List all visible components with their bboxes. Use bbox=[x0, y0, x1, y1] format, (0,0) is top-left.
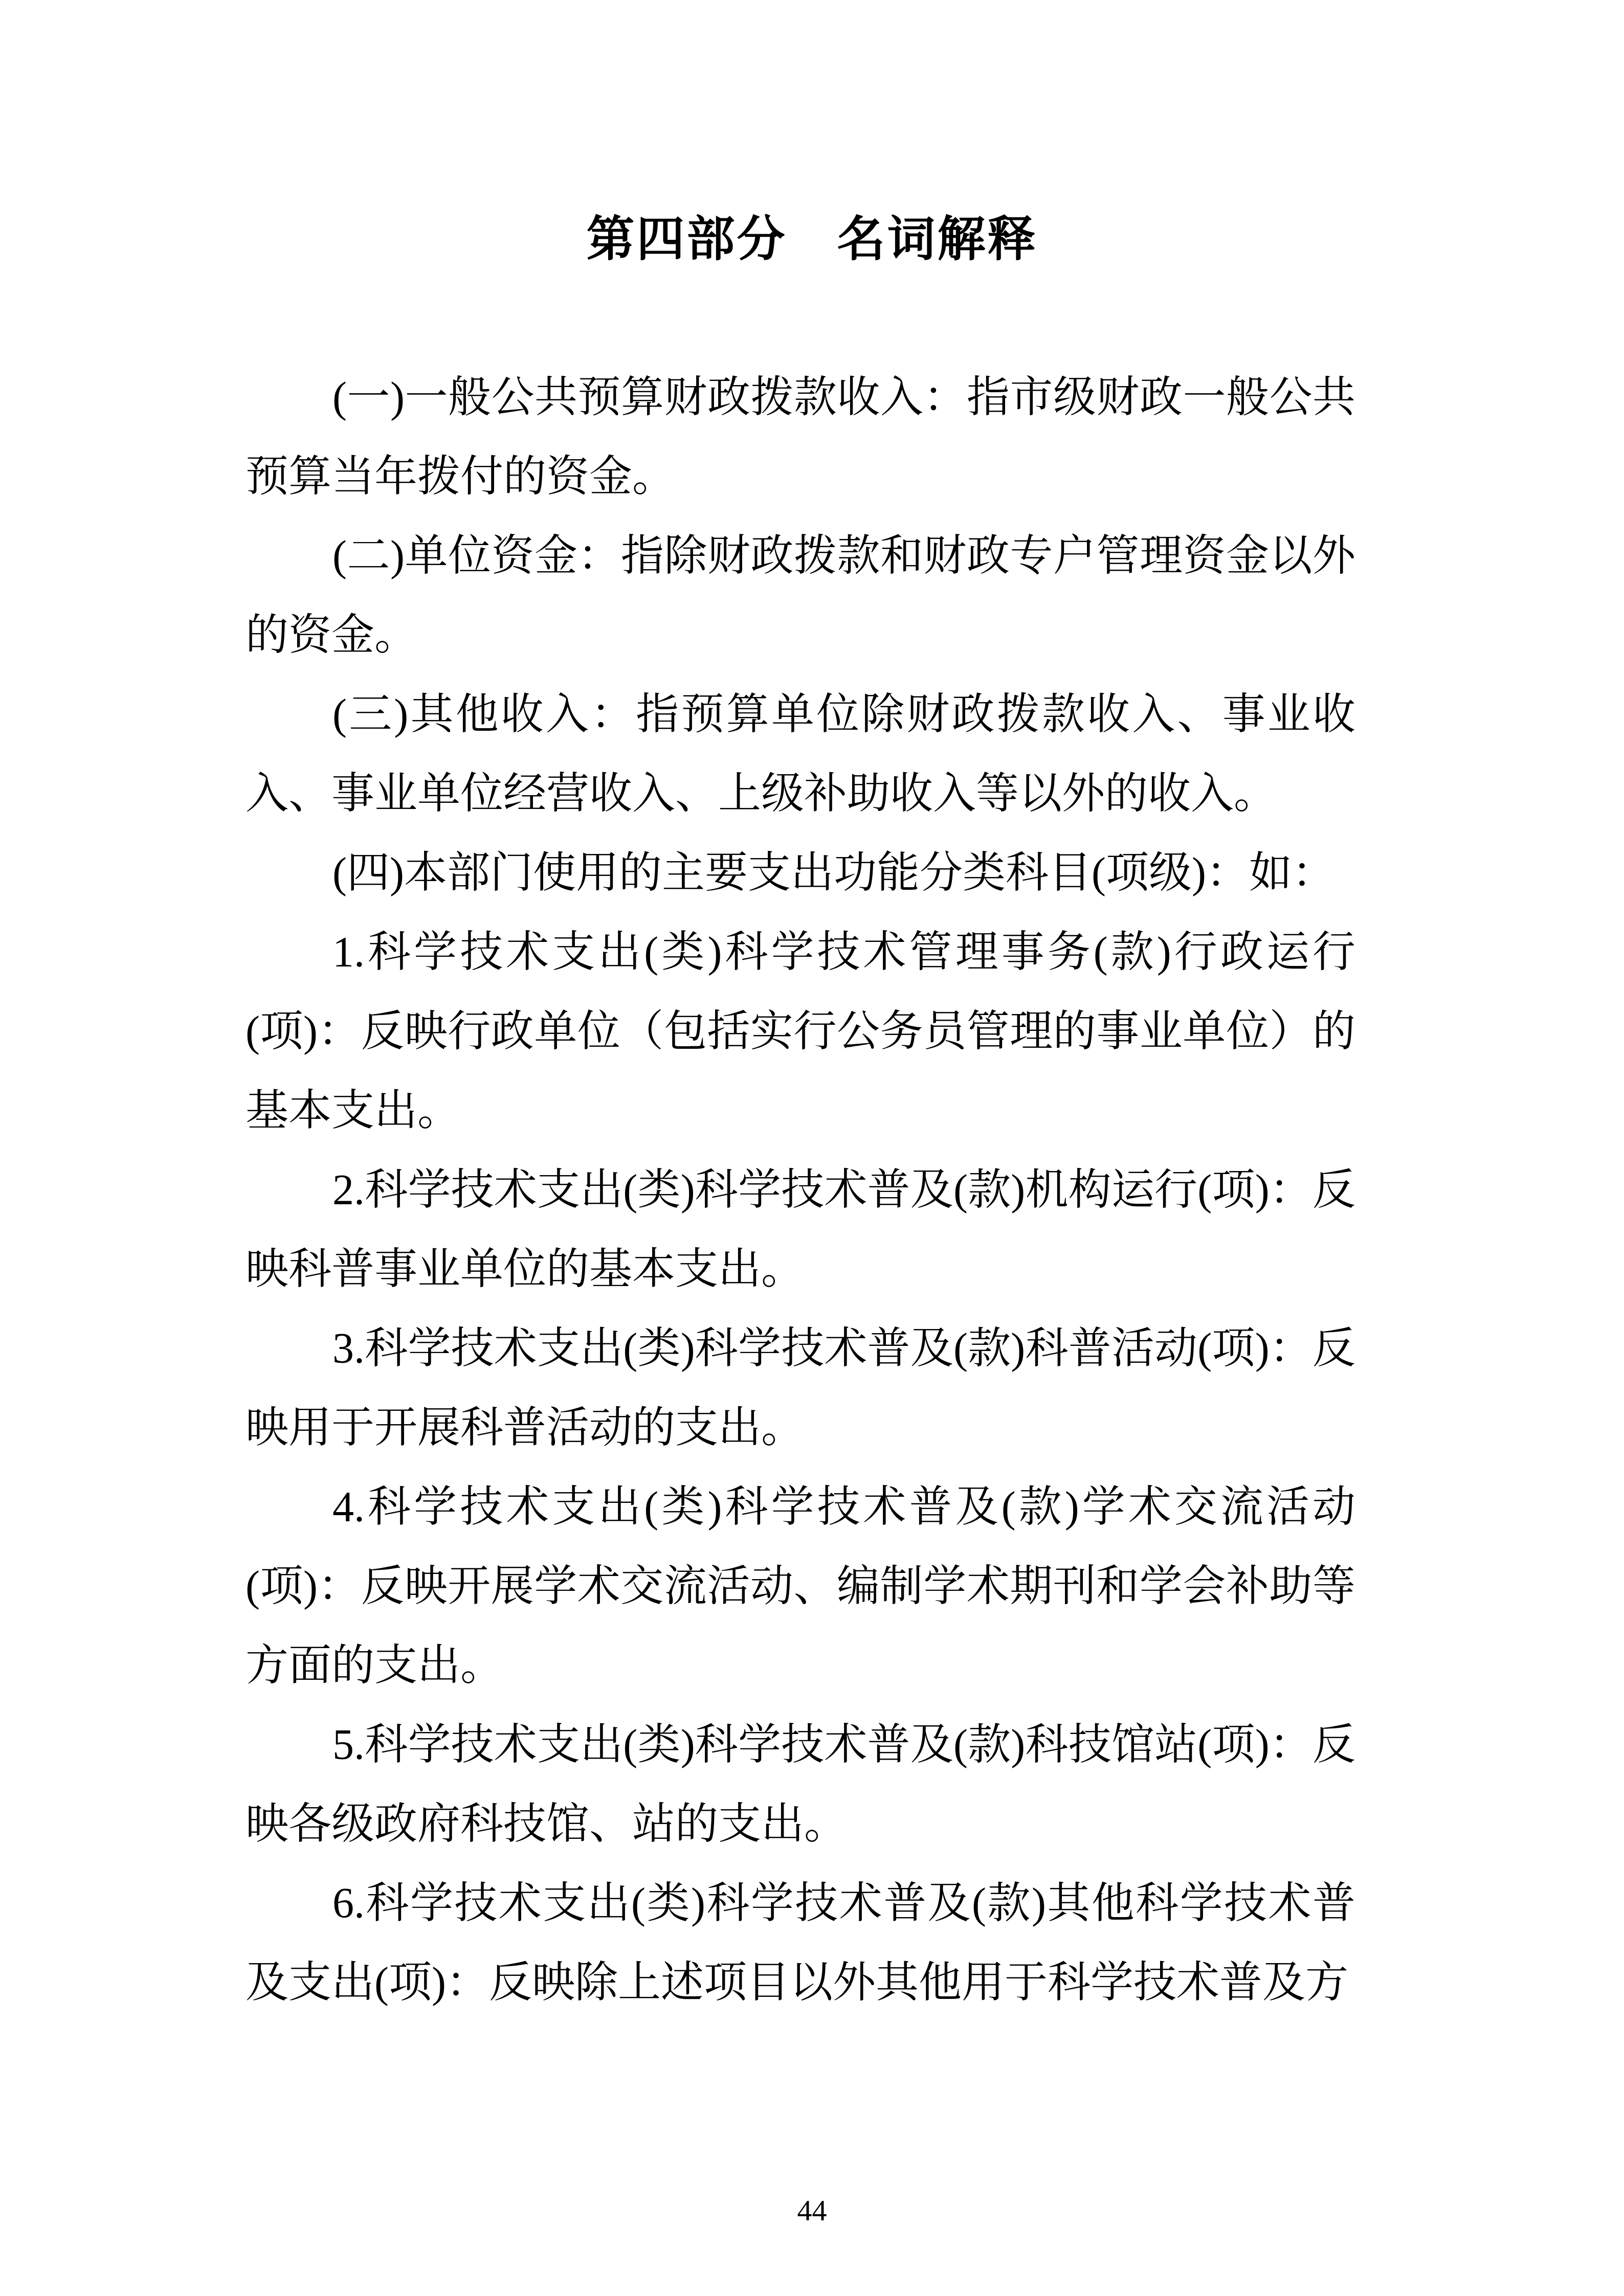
paragraph: (四)本部门使用的主要支出功能分类科目(项级)：如： bbox=[246, 834, 1355, 913]
paragraph: (一)一般公共预算财政拨款收入：指市级财政一般公共预算当年拨付的资金。 bbox=[246, 358, 1355, 516]
body-text: (一)一般公共预算财政拨款收入：指市级财政一般公共预算当年拨付的资金。 (二)单… bbox=[246, 358, 1355, 2022]
paragraph: (二)单位资金：指除财政拨款和财政专户管理资金以外的资金。 bbox=[246, 516, 1355, 675]
document-page: 第四部分 名词解释 (一)一般公共预算财政拨款收入：指市级财政一般公共预算当年拨… bbox=[0, 0, 1624, 2296]
paragraph: 1.科学技术支出(类)科学技术管理事务(款)行政运行(项)：反映行政单位（包括实… bbox=[246, 913, 1355, 1151]
paragraph: (三)其他收入：指预算单位除财政拨款收入、事业收入、事业单位经营收入、上级补助收… bbox=[246, 675, 1355, 834]
paragraph: 5.科学技术支出(类)科学技术普及(款)科技馆站(项)：反映各级政府科技馆、站的… bbox=[246, 1705, 1355, 1864]
page-number: 44 bbox=[0, 2190, 1624, 2231]
page-title: 第四部分 名词解释 bbox=[0, 204, 1624, 275]
paragraph: 4.科学技术支出(类)科学技术普及(款)学术交流活动(项)：反映开展学术交流活动… bbox=[246, 1468, 1355, 1705]
paragraph: 3.科学技术支出(类)科学技术普及(款)科普活动(项)：反映用于开展科普活动的支… bbox=[246, 1309, 1355, 1468]
paragraph: 6.科学技术支出(类)科学技术普及(款)其他科学技术普及支出(项)：反映除上述项… bbox=[246, 1864, 1355, 2022]
paragraph: 2.科学技术支出(类)科学技术普及(款)机构运行(项)：反映科普事业单位的基本支… bbox=[246, 1151, 1355, 1309]
